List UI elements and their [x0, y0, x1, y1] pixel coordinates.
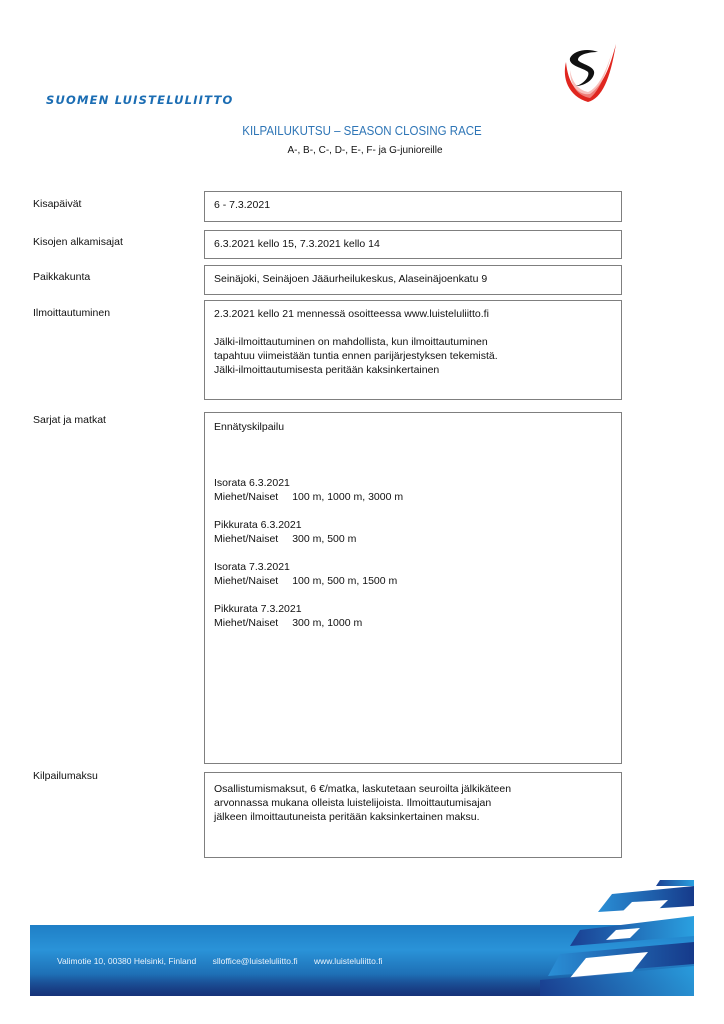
field-sarjat: Ennätyskilpailu Isorata 6.3.2021 Miehet/…: [204, 412, 622, 764]
fee-line-1: Osallistumismaksut, 6 €/matka, laskuteta…: [214, 782, 613, 796]
race-category: Miehet/Naiset: [214, 533, 278, 545]
late-registration-line-1: Jälki-ilmoittautuminen on mahdollista, k…: [214, 335, 613, 349]
race-distances-row: Miehet/Naiset300 m, 500 m: [214, 532, 613, 546]
race-distances: 100 m, 500 m, 1500 m: [292, 574, 397, 588]
race-track: Isorata 7.3.2021: [214, 560, 613, 574]
value-paikkakunta: Seinäjoki, Seinäjoen Jääurheilukeskus, A…: [214, 272, 613, 286]
race-category: Miehet/Naiset: [214, 617, 278, 629]
label-alkamisajat: Kisojen alkamisajat: [33, 236, 123, 248]
label-sarjat: Sarjat ja matkat: [33, 414, 106, 426]
footer-contact: Valimotie 10, 00380 Helsinki, Finland sl…: [57, 956, 397, 966]
organization-name: SUOMEN LUISTELULIITTO: [46, 93, 233, 107]
race-track: Isorata 6.3.2021: [214, 476, 613, 490]
document-title: KILPAILUKUTSU – SEASON CLOSING RACE: [29, 124, 695, 138]
field-ilmoittautuminen: 2.3.2021 kello 21 mennessä osoitteessa w…: [204, 300, 622, 400]
footer-website[interactable]: www.luisteluliitto.fi: [314, 956, 383, 966]
label-kilpailumaksu: Kilpailumaksu: [33, 770, 98, 782]
race-distances: 300 m, 1000 m: [292, 616, 362, 630]
fee-line-2: arvonnassa mukana olleista luistelijoist…: [214, 796, 613, 810]
value-alkamisajat: 6.3.2021 kello 15, 7.3.2021 kello 14: [214, 237, 613, 251]
skating-federation-logo-icon: [558, 40, 618, 106]
label-paikkakunta: Paikkakunta: [33, 271, 90, 283]
late-registration-line-3: Jälki-ilmoittautumisesta peritään kaksin…: [214, 363, 613, 377]
field-kilpailumaksu: Osallistumismaksut, 6 €/matka, laskuteta…: [204, 772, 622, 858]
field-alkamisajat: 6.3.2021 kello 15, 7.3.2021 kello 14: [204, 230, 622, 259]
footer-address: Valimotie 10, 00380 Helsinki, Finland: [57, 956, 196, 966]
race-distances-row: Miehet/Naiset100 m, 500 m, 1500 m: [214, 574, 613, 588]
late-registration-line-2: tapahtuu viimeistään tuntia ennen parijä…: [214, 349, 613, 363]
footer-stripes-graphic-icon: [540, 880, 694, 1000]
label-ilmoittautuminen: Ilmoittautuminen: [33, 307, 110, 319]
race-distances: 300 m, 500 m: [292, 532, 356, 546]
field-paikkakunta: Seinäjoki, Seinäjoen Jääurheilukeskus, A…: [204, 265, 622, 295]
race-track: Pikkurata 6.3.2021: [214, 518, 613, 532]
race-distances-row: Miehet/Naiset100 m, 1000 m, 3000 m: [214, 490, 613, 504]
field-kisapaivat: 6 - 7.3.2021: [204, 191, 622, 222]
competition-type: Ennätyskilpailu: [214, 420, 613, 434]
race-track: Pikkurata 7.3.2021: [214, 602, 613, 616]
value-kisapaivat: 6 - 7.3.2021: [214, 198, 613, 212]
fee-line-3: jälkeen ilmoittautuneista peritään kaksi…: [214, 810, 613, 824]
race-distances: 100 m, 1000 m, 3000 m: [292, 490, 403, 504]
document-subtitle: A-, B-, C-, D-, E-, F- ja G-junioreille: [0, 145, 724, 156]
footer-email[interactable]: slloffice@luisteluliitto.fi: [213, 956, 298, 966]
race-category: Miehet/Naiset: [214, 491, 278, 503]
race-category: Miehet/Naiset: [214, 575, 278, 587]
race-distances-row: Miehet/Naiset300 m, 1000 m: [214, 616, 613, 630]
registration-deadline: 2.3.2021 kello 21 mennessä osoitteessa w…: [214, 307, 613, 321]
label-kisapaivat: Kisapäivät: [33, 198, 81, 210]
